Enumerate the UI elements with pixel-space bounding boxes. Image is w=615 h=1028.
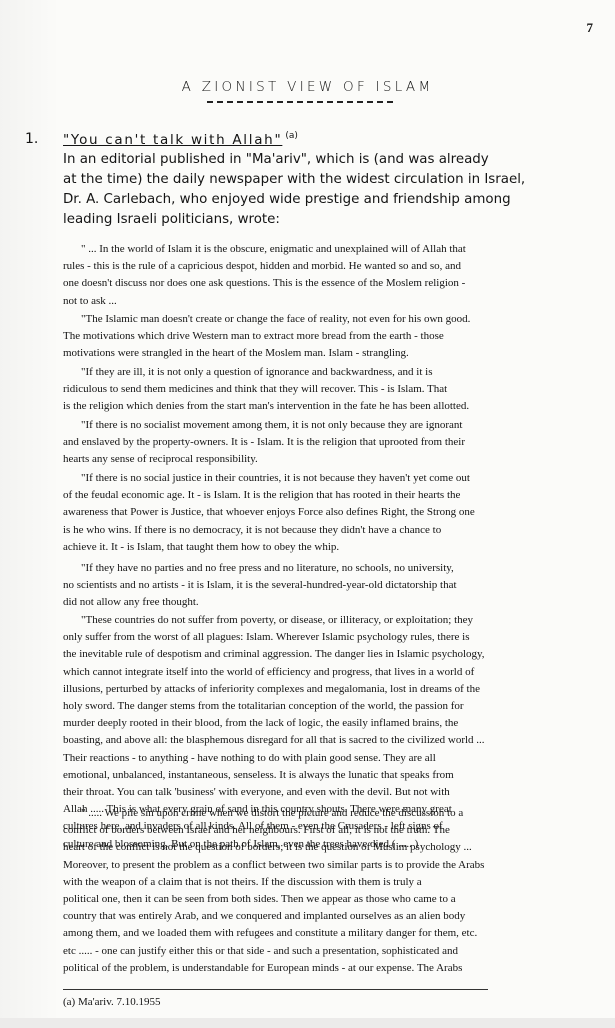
quote-line: ridiculous to send them medicines and th… (63, 381, 603, 398)
quote-line: illusions, perturbed by attacks of infer… (63, 681, 603, 698)
section-heading: "You can't talk with Allah"(a) (63, 131, 298, 148)
footnote: (a) Ma'ariv. 7.10.1955 (63, 996, 161, 1008)
quote-line: no scientists and no artists - it is Isl… (63, 577, 603, 594)
quote-line: Their reactions - to anything - have not… (63, 750, 603, 767)
quote-line: "If there is no social justice in their … (63, 470, 603, 487)
quote-line: is the religion which denies from the st… (63, 398, 603, 415)
quote-line: their throat. You can talk 'business' wi… (63, 784, 603, 801)
quote-line: among them, and we loaded them with refu… (63, 925, 603, 942)
quote-line: which cannot integrate itself into the w… (63, 664, 603, 681)
quote-line: did not allow any free thought. (63, 594, 603, 611)
quote-line: murder deeply rooted in their blood, fro… (63, 715, 603, 732)
quote-paragraph: "If they have no parties and no free pre… (63, 560, 603, 612)
intro-line: leading Israeli politicians, wrote: (63, 210, 608, 230)
quote-line: hearts any sense of reciprocal responsib… (63, 451, 603, 468)
quote-line: is he who wins. If there is no democracy… (63, 522, 603, 539)
scan-shading (0, 0, 60, 1028)
quote-paragraph: "If there is no social justice in their … (63, 470, 603, 556)
scan-edge (0, 1018, 615, 1028)
section-number: 1. (25, 131, 38, 147)
quote-line: motivations were strangled in the heart … (63, 345, 603, 362)
quote-line: awareness that Power is Justice, that wh… (63, 504, 603, 521)
quote-line: not to ask ... (63, 293, 603, 310)
quote-line: rules - this is the rule of a capricious… (63, 258, 603, 275)
quote-line: conflict of borders between Israel and h… (63, 822, 603, 839)
quote-line: " ..... We pile sin upon crime when we d… (63, 805, 603, 822)
intro-line: at the time) the daily newspaper with th… (63, 170, 608, 190)
quote-line: one doesn't discuss nor does one ask que… (63, 275, 603, 292)
intro-line: Dr. A. Carlebach, who enjoyed wide prest… (63, 190, 608, 210)
quote-line: The motivations which drive Western man … (63, 328, 603, 345)
intro-line: In an editorial published in "Ma'ariv", … (63, 150, 608, 170)
quote-line: "The Islamic man doesn't create or chang… (63, 311, 603, 328)
footnote-divider (63, 989, 488, 990)
quote-line: "If there is no socialist movement among… (63, 417, 603, 434)
section-intro: In an editorial published in "Ma'ariv", … (63, 150, 608, 230)
quote-line: and enslaved by the property-owners. It … (63, 434, 603, 451)
footnote-marker: (a) (285, 131, 298, 141)
title-underline (207, 101, 393, 103)
quote-paragraph: "The Islamic man doesn't create or chang… (63, 311, 603, 363)
quote-line: only suffer from the worst of all plague… (63, 629, 603, 646)
quote-line: boasting, and above all: the blasphemous… (63, 732, 603, 749)
quote-line: holy sword. The danger stems from the to… (63, 698, 603, 715)
section-heading-text: "You can't talk with Allah" (63, 132, 282, 148)
quote-paragraph: "If they are ill, it is not only a quest… (63, 364, 603, 416)
quote-line: the inevitable rule of despotism and cri… (63, 646, 603, 663)
quote-line: "These countries do not suffer from pove… (63, 612, 603, 629)
quote-line: of the feudal economic age. It - is Isla… (63, 487, 603, 504)
quote-line: country that was entirely Arab, and we c… (63, 908, 603, 925)
quote-line: political one, then it can be seen from … (63, 891, 603, 908)
quote-line: achieve it. It - is Islam, that taught t… (63, 539, 603, 556)
quote-paragraph: " ... In the world of Islam it is the ob… (63, 241, 603, 310)
quote-line: political of the problem, is understanda… (63, 960, 603, 977)
page-title: A ZIONIST VIEW OF ISLAM (0, 79, 615, 95)
quote-line: "If they have no parties and no free pre… (63, 560, 603, 577)
quote-line: " ... In the world of Islam it is the ob… (63, 241, 603, 258)
quote-paragraph: "If there is no socialist movement among… (63, 417, 603, 469)
quote-line: with the weapon of a claim that is not t… (63, 874, 603, 891)
quote-line: Moreover, to present the problem as a co… (63, 857, 603, 874)
quote-line: emotional, unbalanced, instantaneous, se… (63, 767, 603, 784)
quote-line: heart of the conflict is not the questio… (63, 839, 603, 856)
quote-line: etc ..... - one can justify either this … (63, 943, 603, 960)
page-number: 7 (587, 20, 594, 36)
quote-paragraph: " ..... We pile sin upon crime when we d… (63, 805, 603, 977)
quote-line: "If they are ill, it is not only a quest… (63, 364, 603, 381)
